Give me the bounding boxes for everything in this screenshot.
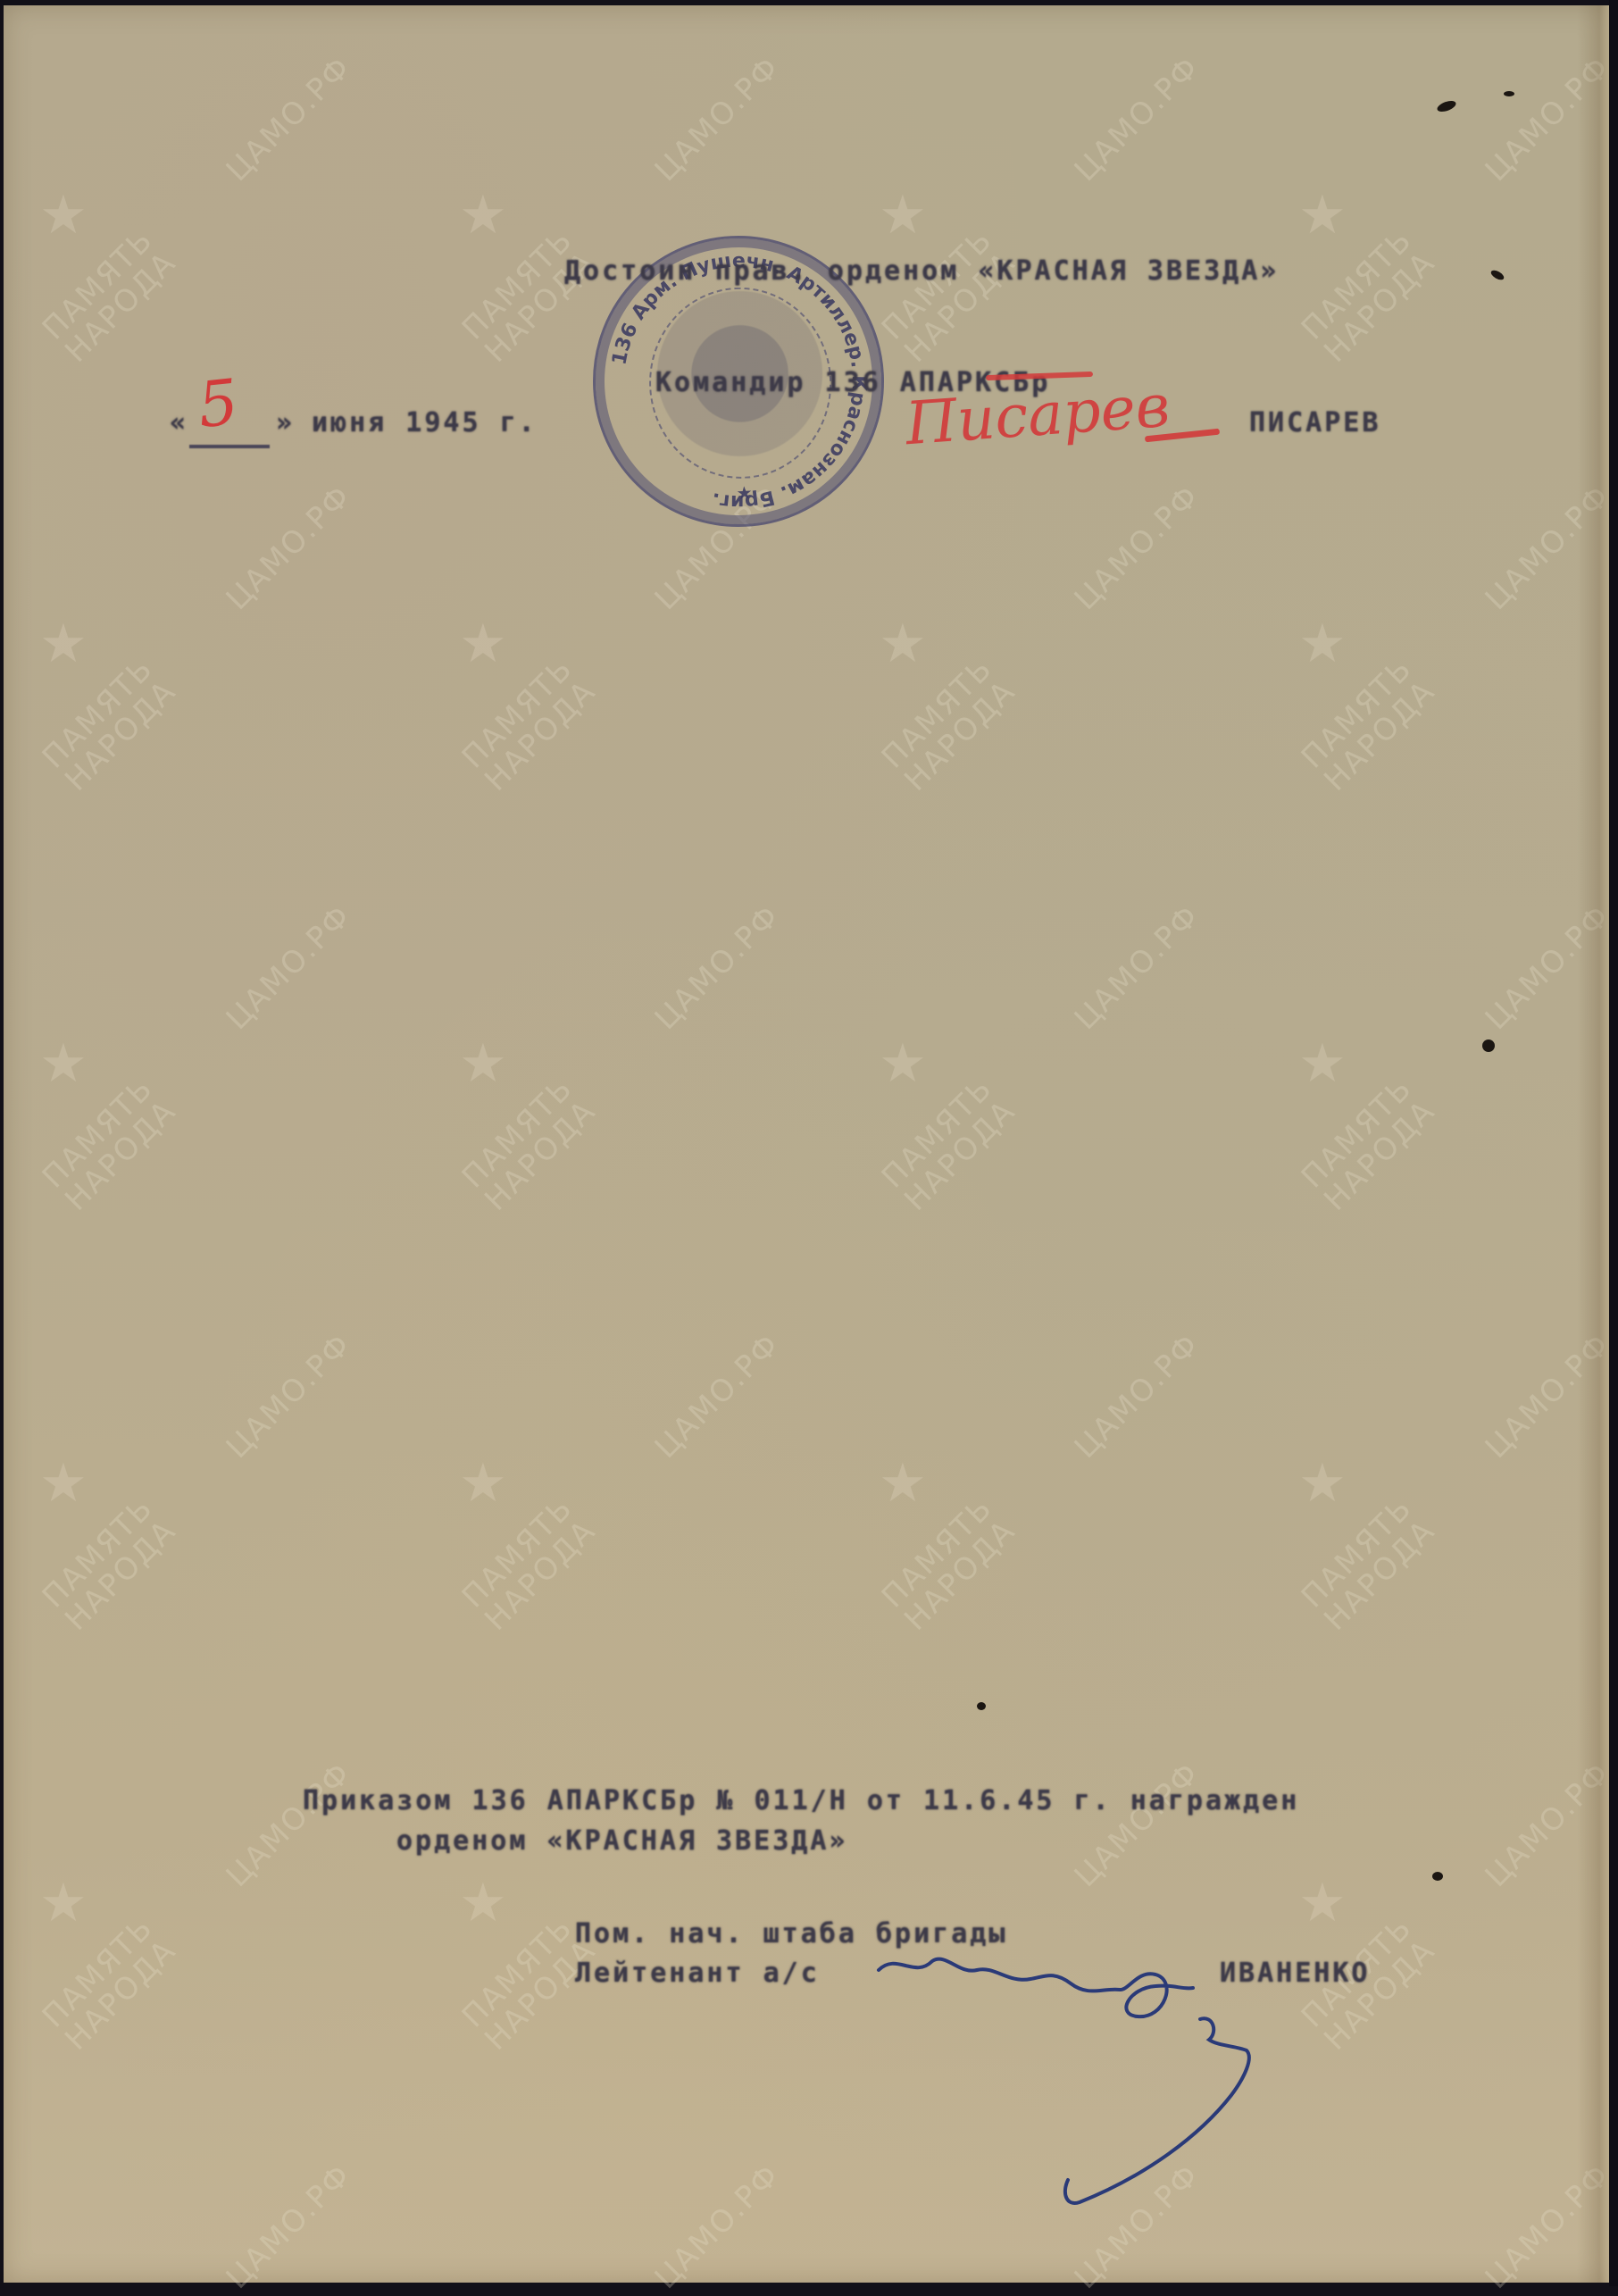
watermark-star-icon: ★ <box>39 1872 88 1934</box>
order-note-line1: Приказом 136 АПАРКСБр № 011/Н от 11.6.45… <box>303 1785 1299 1816</box>
scan-border <box>1609 0 1618 2286</box>
paper-hole <box>1504 91 1514 96</box>
watermark-pamyat-naroda: ПАМЯТЬНАРОДА <box>457 224 602 369</box>
watermark-star-icon: ★ <box>879 1452 927 1515</box>
watermark-pamyat-naroda: ПАМЯТЬНАРОДА <box>38 1492 182 1637</box>
paper-hole <box>1436 99 1457 114</box>
watermark-tsamo: ЦАМО.РФ <box>221 2158 358 2286</box>
watermark-tsamo: ЦАМО.РФ <box>650 899 787 1036</box>
chief-of-staff-title: Пом. нач. штаба бригады <box>575 1918 1007 1950</box>
watermark-pamyat-naroda: ПАМЯТЬНАРОДА <box>877 224 1022 369</box>
watermark-star-icon: ★ <box>879 184 927 246</box>
date-day-underline <box>189 445 270 448</box>
watermark-tsamo: ЦАМО.РФ <box>1480 51 1617 188</box>
watermark-star-icon: ★ <box>459 613 507 675</box>
watermark-pamyat-naroda: ПАМЯТЬНАРОДА <box>38 1912 182 2057</box>
watermark-pamyat-naroda: ПАМЯТЬНАРОДА <box>1297 653 1441 797</box>
watermark-star-icon: ★ <box>1298 1872 1347 1934</box>
watermark-tsamo: ЦАМО.РФ <box>1070 1328 1206 1465</box>
watermark-tsamo: ЦАМО.РФ <box>1480 1757 1617 1893</box>
watermark-pamyat-naroda: ПАМЯТЬНАРОДА <box>877 1492 1022 1637</box>
watermark-tsamo: ЦАМО.РФ <box>1070 2158 1206 2286</box>
watermark-tsamo: ЦАМО.РФ <box>1480 1328 1617 1465</box>
document-page: ЦАМО.РФ ЦАМО.РФ ЦАМО.РФ ЦАМО.РФ ЦАМО.РФ … <box>4 5 1609 2283</box>
watermark-tsamo: ЦАМО.РФ <box>1070 1757 1206 1893</box>
watermark-star-icon: ★ <box>1298 1032 1347 1095</box>
chief-of-staff-rank: Лейтенант а/с <box>575 1958 820 1989</box>
watermark-star-icon: ★ <box>39 1032 88 1095</box>
watermark-pamyat-naroda: ПАМЯТЬНАРОДА <box>457 1073 602 1217</box>
watermark-star-icon: ★ <box>39 184 88 246</box>
watermark-pamyat-naroda: ПАМЯТЬНАРОДА <box>877 653 1022 797</box>
date-open-quote: « <box>170 407 188 438</box>
watermark-star-icon: ★ <box>459 1032 507 1095</box>
watermark-pamyat-naroda: ПАМЯТЬНАРОДА <box>1297 1073 1441 1217</box>
watermark-star-icon: ★ <box>39 613 88 675</box>
watermark-star-icon: ★ <box>459 184 507 246</box>
watermark-tsamo: ЦАМО.РФ <box>221 899 358 1036</box>
watermark-tsamo: ЦАМО.РФ <box>1480 899 1617 1036</box>
date-close-quote: » <box>276 407 295 438</box>
watermark-star-icon: ★ <box>879 1032 927 1095</box>
date-day-handwritten: 5 <box>195 365 242 442</box>
watermark-pamyat-naroda: ПАМЯТЬНАРОДА <box>38 1073 182 1217</box>
commander-surname: ПИСАРЕВ <box>1249 407 1380 438</box>
watermark-star-icon: ★ <box>459 1452 507 1515</box>
award-recommendation-line: Достоин прав. орденом «КРАСНАЯ ЗВЕЗДА» <box>564 255 1279 287</box>
svg-text:★: ★ <box>736 481 753 504</box>
watermark-star-icon: ★ <box>1298 1452 1347 1515</box>
watermark-tsamo: ЦАМО.РФ <box>1070 51 1206 188</box>
watermark-pamyat-naroda: ПАМЯТЬНАРОДА <box>1297 224 1441 369</box>
watermark-star-icon: ★ <box>459 1872 507 1934</box>
watermark-tsamo: ЦАМО.РФ <box>221 51 358 188</box>
watermark-pamyat-naroda: ПАМЯТЬНАРОДА <box>38 224 182 369</box>
watermark-tsamo: ЦАМО.РФ <box>221 1328 358 1465</box>
paper-hole <box>1489 269 1505 282</box>
watermark-pamyat-naroda: ПАМЯТЬНАРОДА <box>457 1492 602 1637</box>
watermark-pamyat-naroda: ПАМЯТЬНАРОДА <box>877 1073 1022 1217</box>
watermark-pamyat-naroda: ПАМЯТЬНАРОДА <box>457 653 602 797</box>
watermark-tsamo: ЦАМО.РФ <box>650 1328 787 1465</box>
paper-hole <box>1432 1872 1443 1881</box>
watermark-tsamo: ЦАМО.РФ <box>221 480 358 616</box>
watermark-tsamo: ЦАМО.РФ <box>1070 480 1206 616</box>
watermark-tsamo: ЦАМО.РФ <box>650 2158 787 2286</box>
watermark-tsamo: ЦАМО.РФ <box>1480 480 1617 616</box>
paper-hole <box>1482 1039 1495 1052</box>
watermark-star-icon: ★ <box>1298 613 1347 675</box>
watermark-star-icon: ★ <box>1298 184 1347 246</box>
date-month-year: июня 1945 г. <box>312 407 538 438</box>
order-note-line2: орденом «КРАСНАЯ ЗВЕЗДА» <box>396 1825 847 1857</box>
watermark-pamyat-naroda: ПАМЯТЬНАРОДА <box>38 653 182 797</box>
watermark-tsamo: ЦАМО.РФ <box>1480 2158 1617 2286</box>
watermark-tsamo: ЦАМО.РФ <box>650 51 787 188</box>
paper-speck <box>977 1702 986 1710</box>
watermark-tsamo: ЦАМО.РФ <box>1070 899 1206 1036</box>
watermark-star-icon: ★ <box>39 1452 88 1515</box>
watermark-star-icon: ★ <box>879 613 927 675</box>
watermark-pamyat-naroda: ПАМЯТЬНАРОДА <box>1297 1492 1441 1637</box>
watermark-tsamo: ЦАМО.РФ <box>221 1757 358 1893</box>
chief-of-staff-surname: ИВАНЕНКО <box>1220 1958 1371 1989</box>
